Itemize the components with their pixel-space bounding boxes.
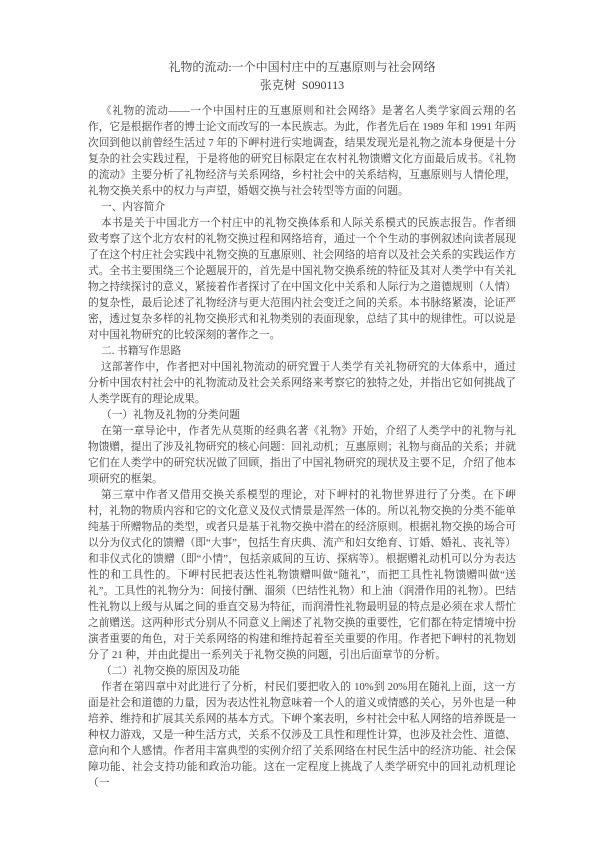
paragraph: 第三章中作者又借用交换关系模型的理论，对下岬村的礼物世界进行了分类。在下岬村，礼… (88, 487, 516, 663)
section-heading: 一、内容简介 (88, 199, 516, 215)
document-body: 《礼物的流动——一个中国村庄的互惠原则和社会网络》是著名人类学家阎云翔的名作，它… (88, 103, 516, 791)
document-page: 礼物的流动:一个中国村庄中的互惠原则与社会网络 张克树 S090113 《礼物的… (0, 0, 600, 850)
page-title: 礼物的流动:一个中国村庄中的互惠原则与社会网络 (88, 59, 516, 77)
paragraph: 本书是关于中国北方一个村庄中的礼物交换体系和人际关系模式的民族志报告。作者细致考… (88, 215, 516, 343)
document-content: 礼物的流动:一个中国村庄中的互惠原则与社会网络 张克树 S090113 《礼物的… (88, 59, 516, 791)
subsection-heading: （二）礼物交换的原因及功能 (88, 663, 516, 679)
author-line: 张克树 S090113 (88, 77, 516, 95)
paragraph: 这部著作中，作者把对中国礼物流动的研究置于人类学有关礼物研究的大体系中，通过分析… (88, 359, 516, 407)
paragraph: 作者在第四章中对此进行了分析，村民们要把收入的 10%到 20%用在随礼上面，这… (88, 679, 516, 791)
subsection-heading: （一）礼物及礼物的分类问题 (88, 407, 516, 423)
paragraph: 《礼物的流动——一个中国村庄的互惠原则和社会网络》是著名人类学家阎云翔的名作，它… (88, 103, 516, 199)
paragraph: 在第一章导论中，作者先从莫斯的经典名著《礼物》开始，介绍了人类学中的礼物与礼物馈… (88, 423, 516, 487)
section-heading: 二. 书籍写作思路 (88, 343, 516, 359)
